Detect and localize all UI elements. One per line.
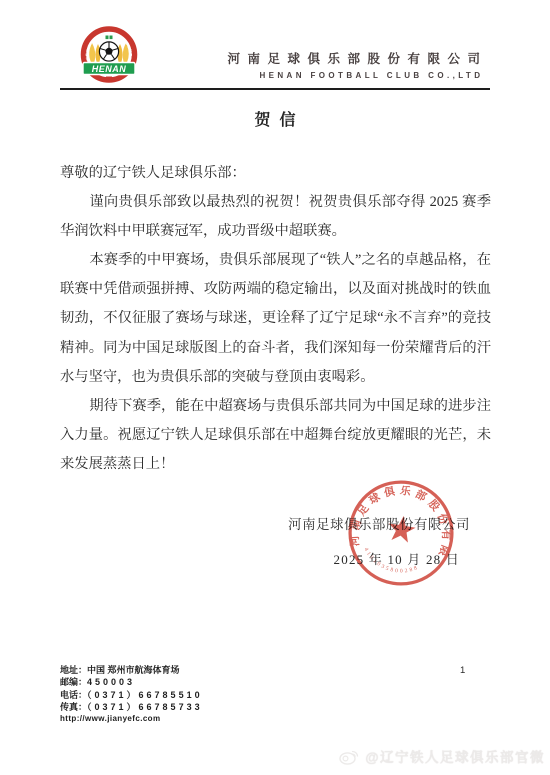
header-divider (60, 88, 490, 90)
weibo-watermark: @辽宁铁人足球俱乐部官微 (339, 746, 545, 766)
watermark-text: @辽宁铁人足球俱乐部官微 (365, 746, 545, 766)
club-crest-icon: HENAN FOOTBALL CLUB HENAN (80, 26, 138, 86)
letterhead: 河南足球俱乐部股份有限公司 HENAN FOOTBALL CLUB CO.,LT… (227, 49, 480, 80)
footer-contact-block: 地址：中国 郑州市航海体育场 邮编：450003 电话：（0371）667855… (60, 664, 203, 725)
footer-website: http://www.jianyefc.com (60, 713, 203, 725)
paragraph-2: 本赛季的中甲赛场，贵俱乐部展现了“铁人”之名的卓越品格，在联赛中凭借顽强拼搏、攻… (60, 246, 491, 391)
letter-title: 贺信 (0, 107, 550, 130)
signature-block: 河南足球俱乐部股份有限公司 2025 年 10 月 28 日 (288, 514, 470, 568)
club-crest-logo: HENAN FOOTBALL CLUB HENAN (80, 26, 138, 86)
logo-banner-text: HENAN (92, 64, 127, 74)
paragraph-1: 谨向贵俱乐部致以最热烈的祝贺！祝贺贵俱乐部夺得 2025 赛季华润饮料中甲联赛冠… (60, 188, 491, 246)
footer-address: 地址：中国 郑州市航海体育场 (60, 664, 203, 676)
company-name-cn: 河南足球俱乐部股份有限公司 (227, 49, 487, 67)
signature-company: 河南足球俱乐部股份有限公司 (288, 514, 470, 533)
paragraph-3: 期待下赛季，能在中超赛场与贵俱乐部共同为中国足球的进步注入力量。祝愿辽宁铁人足球… (60, 392, 491, 479)
signature-date: 2025 年 10 月 28 日 (288, 549, 460, 568)
page-number: 1 (460, 665, 465, 676)
footer-postcode: 邮编：450003 (60, 676, 203, 688)
footer-phone: 电话：（0371）66785510 (60, 689, 203, 701)
weibo-icon (339, 747, 360, 765)
letter-body: 尊敬的辽宁铁人足球俱乐部： 谨向贵俱乐部致以最热烈的祝贺！祝贺贵俱乐部夺得 20… (60, 159, 491, 479)
company-name-en: HENAN FOOTBALL CLUB CO.,LTD (227, 71, 483, 80)
salutation: 尊敬的辽宁铁人足球俱乐部： (60, 159, 491, 188)
footer-fax: 传真：（0371）66785733 (60, 701, 203, 713)
letter-page: HENAN FOOTBALL CLUB HENAN 河南足球俱乐部股份有限公司 … (0, 0, 550, 775)
